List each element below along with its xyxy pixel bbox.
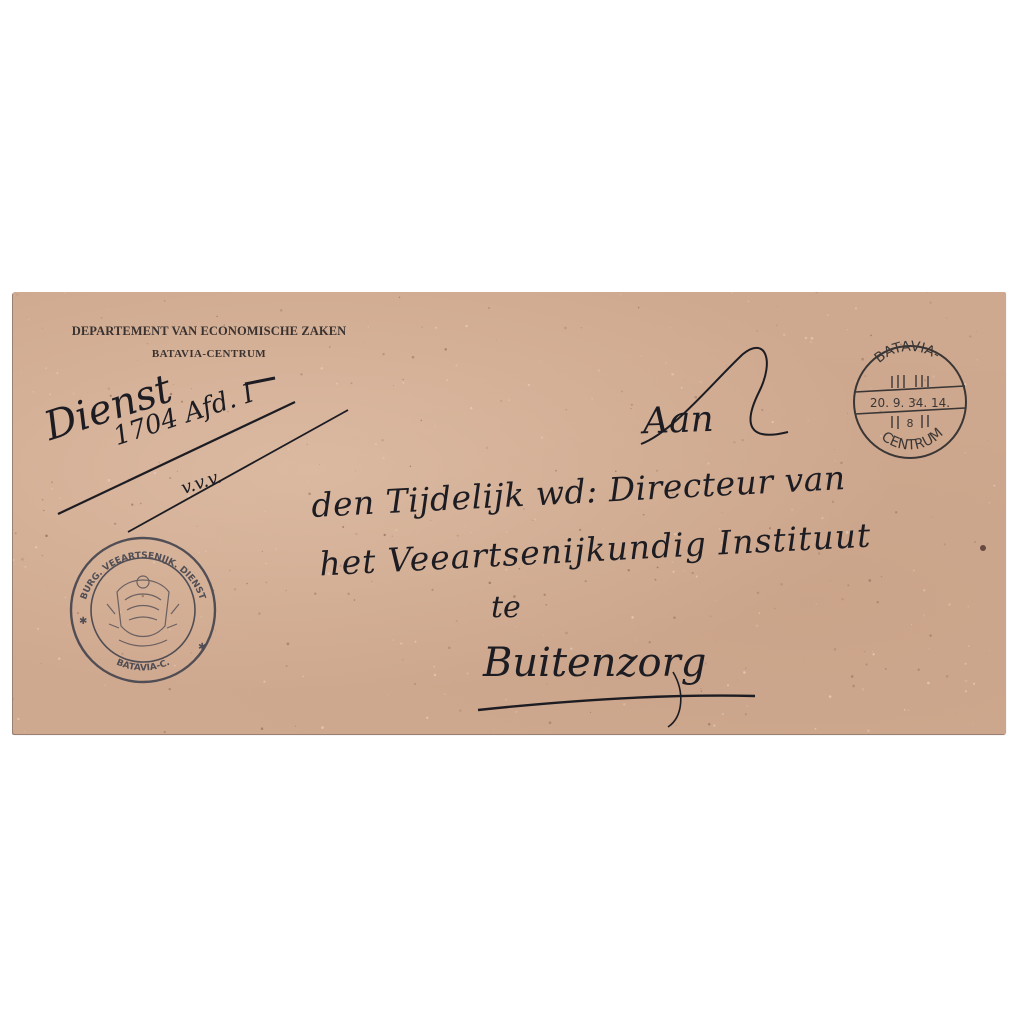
address-preposition: te [491, 590, 521, 625]
address-salutation: Aan [642, 399, 714, 442]
letterhead-city: BATAVIA-CENTRUM [63, 348, 355, 360]
letterhead: DEPARTEMENT VAN ECONOMISCHE ZAKEN BATAVI… [63, 324, 355, 360]
letterhead-department: DEPARTEMENT VAN ECONOMISCHE ZAKEN [63, 324, 355, 339]
address-city: Buitenzorg [483, 640, 706, 686]
envelope: DEPARTEMENT VAN ECONOMISCHE ZAKEN BATAVI… [13, 292, 1006, 734]
